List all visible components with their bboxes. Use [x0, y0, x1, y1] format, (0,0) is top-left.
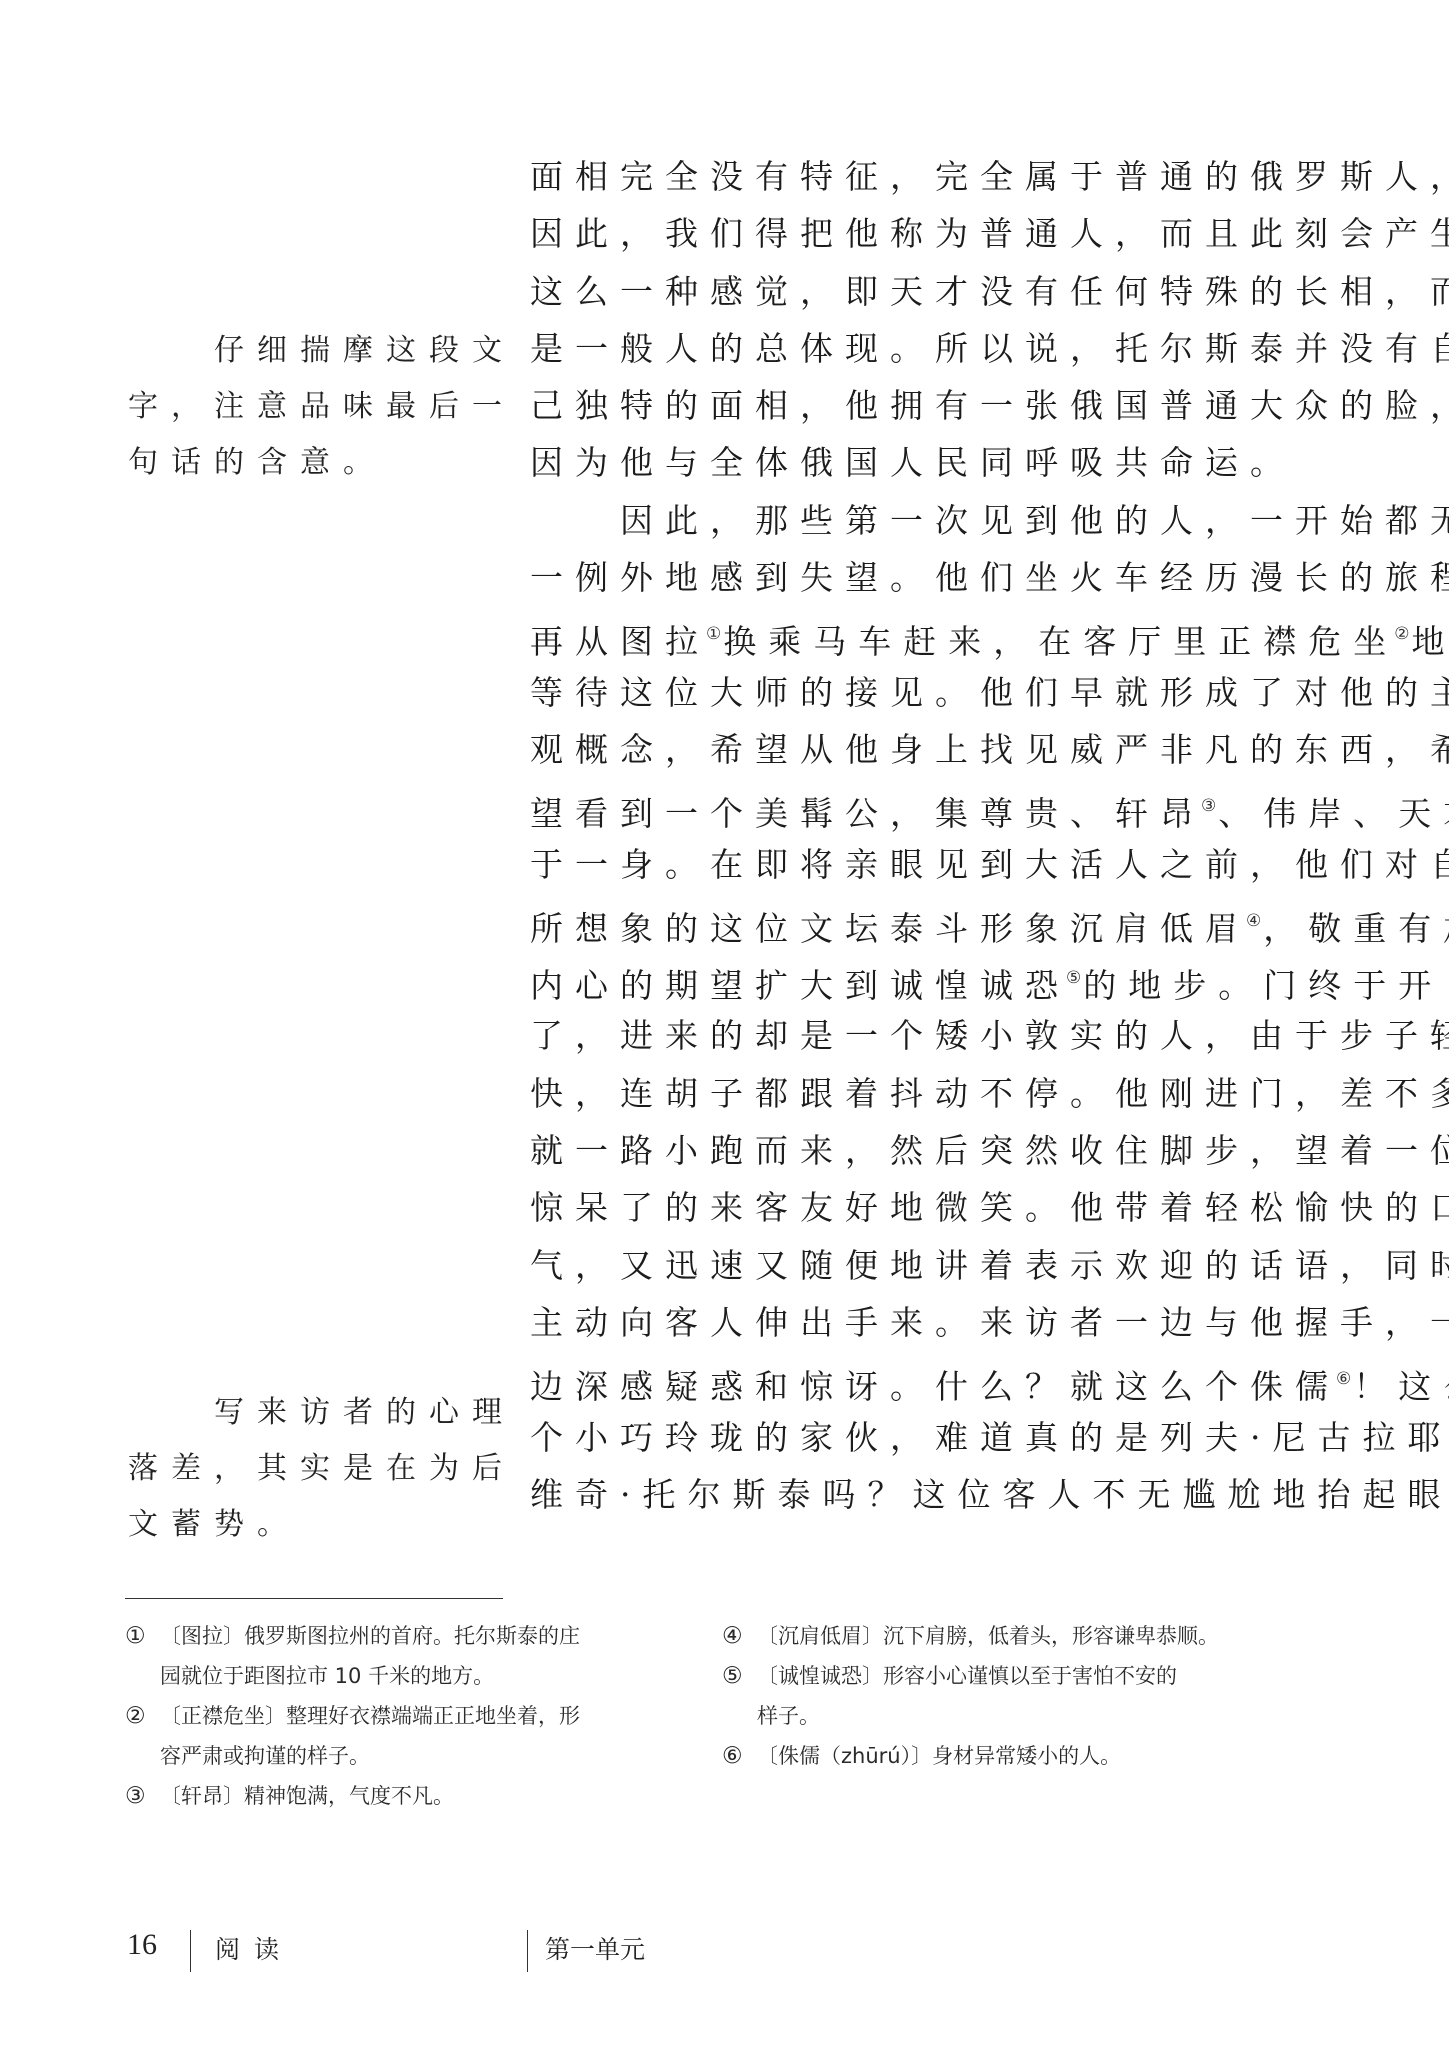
footnote-ref-3[interactable]: ③: [1201, 796, 1218, 816]
footnote-ref-4[interactable]: ④: [1246, 911, 1263, 931]
textbook-page: 仔细揣摩这段文 字，注意品味最后一 句话的含意。 写来访者的心理 落差，其实是在…: [0, 0, 1449, 2047]
margin-note-line: 落差，其实是在为后: [128, 1441, 438, 1497]
body-text-segment: 边深感疑惑和惊讶。什么？就这么个侏儒: [530, 1367, 1340, 1406]
footnote-text: 〔图拉〕俄罗斯图拉州的首府。托尔斯泰的庄: [160, 1616, 685, 1656]
body-line: 维奇·托尔斯泰吗？这位客人不无尴尬地抬起眼: [530, 1466, 1270, 1523]
footnote-text: 〔正襟危坐〕整理好衣襟端端正正地坐着，形: [160, 1696, 685, 1736]
body-text: 面相完全没有特征，完全属于普通的俄罗斯人， 因此，我们得把他称为普通人，而且此刻…: [530, 148, 1270, 1523]
footnote-text: 容严肃或拘谨的样子。: [160, 1736, 685, 1776]
margin-note-1: 仔细揣摩这段文 字，注意品味最后一 句话的含意。: [128, 323, 438, 491]
footnote-text: 园就位于距图拉市 10 千米的地方。: [160, 1656, 685, 1696]
body-line: 再从图拉①换乘马车赶来，在客厅里正襟危坐②地: [530, 606, 1270, 663]
footer-divider: [190, 1930, 191, 1972]
footnote-1: ① 〔图拉〕俄罗斯图拉州的首府。托尔斯泰的庄 园就位于距图拉市 10 千米的地方…: [125, 1616, 685, 1696]
footnote-2: ② 〔正襟危坐〕整理好衣襟端端正正地坐着，形 容严肃或拘谨的样子。: [125, 1696, 685, 1776]
body-text-segment: 再从图拉: [530, 622, 710, 661]
margin-note-line: 写来访者的心理: [128, 1385, 438, 1441]
body-text-segment: 地: [1412, 622, 1449, 661]
body-line: 这么一种感觉，即天才没有任何特殊的长相，而: [530, 263, 1270, 320]
body-line: 快，连胡子都跟着抖动不停。他刚进门，差不多: [530, 1065, 1270, 1122]
body-line: 内心的期望扩大到诚惶诚恐⑤的地步。门终于开: [530, 950, 1270, 1007]
footnote-number: ④: [722, 1616, 743, 1656]
body-text-segment: 换乘马车赶来，在客厅里正襟危坐: [723, 622, 1398, 661]
body-text-segment: 的地步。门终于开: [1083, 966, 1443, 1005]
footnote-3: ③ 〔轩昂〕精神饱满，气度不凡。: [125, 1776, 685, 1816]
footer-unit-label: 第一单元: [545, 1930, 645, 1966]
body-line: 面相完全没有特征，完全属于普通的俄罗斯人，: [530, 148, 1270, 205]
footer-section-label: 阅读: [215, 1930, 293, 1966]
body-line: 边深感疑惑和惊讶。什么？就这么个侏儒⑥！这么: [530, 1351, 1270, 1408]
footer-divider: [527, 1930, 528, 1972]
footnote-text: 样子。: [757, 1696, 1282, 1736]
body-text-segment: 望看到一个美髯公，集尊贵、轩昂: [530, 794, 1205, 833]
body-line: 惊呆了的来客友好地微笑。他带着轻松愉快的口: [530, 1179, 1270, 1236]
body-text-segment: ，敬重有加，: [1263, 909, 1449, 948]
footnote-number: ⑤: [722, 1656, 743, 1696]
body-line: 因此，我们得把他称为普通人，而且此刻会产生: [530, 205, 1270, 262]
paragraph-start-line: 因此，那些第一次见到他的人，一开始都无: [530, 492, 1270, 549]
footnote-text: 〔沉肩低眉〕沉下肩膀，低着头，形容谦卑恭顺。: [757, 1616, 1282, 1656]
margin-note-line: 文蓄势。: [128, 1497, 438, 1553]
body-line: 己独特的面相，他拥有一张俄国普通大众的脸，: [530, 377, 1270, 434]
footnote-divider: [125, 1598, 503, 1599]
footnote-ref-2[interactable]: ②: [1394, 624, 1411, 644]
footnote-number: ⑥: [722, 1736, 743, 1776]
body-line: 是一般人的总体现。所以说，托尔斯泰并没有自: [530, 320, 1270, 377]
footnote-ref-1[interactable]: ①: [706, 624, 723, 644]
footnote-number: ③: [125, 1776, 146, 1816]
body-text-segment: 内心的期望扩大到诚惶诚恐: [530, 966, 1070, 1005]
body-line: 一例外地感到失望。他们坐火车经历漫长的旅程，: [530, 549, 1270, 606]
footnotes-right-column: ④ 〔沉肩低眉〕沉下肩膀，低着头，形容谦卑恭顺。 ⑤ 〔诚惶诚恐〕形容小心谨慎以…: [722, 1616, 1282, 1776]
body-line: 望看到一个美髯公，集尊贵、轩昂③、伟岸、天才: [530, 778, 1270, 835]
body-line: 主动向客人伸出手来。来访者一边与他握手，一: [530, 1294, 1270, 1351]
body-line: 观概念，希望从他身上找见威严非凡的东西，希: [530, 721, 1270, 778]
margin-note-line: 仔细揣摩这段文: [128, 323, 438, 379]
margin-note-2: 写来访者的心理 落差，其实是在为后 文蓄势。: [128, 1385, 438, 1553]
body-line: 个小巧玲珑的家伙，难道真的是列夫·尼古拉耶: [530, 1409, 1270, 1466]
footnote-6: ⑥ 〔侏儒（zhūrú）〕身材异常矮小的人。: [722, 1736, 1282, 1776]
body-line: 所想象的这位文坛泰斗形象沉肩低眉④，敬重有加，: [530, 893, 1270, 950]
footnote-text: 〔侏儒（zhūrú）〕身材异常矮小的人。: [757, 1736, 1282, 1776]
footnote-ref-6[interactable]: ⑥: [1336, 1369, 1353, 1389]
body-line: 因为他与全体俄国人民同呼吸共命运。: [530, 434, 1270, 491]
footnote-number: ②: [125, 1696, 146, 1736]
footnote-text: 〔诚惶诚恐〕形容小心谨慎以至于害怕不安的: [757, 1656, 1282, 1696]
body-line: 气，又迅速又随便地讲着表示欢迎的话语，同时: [530, 1237, 1270, 1294]
body-text-segment: 、伟岸、天才: [1218, 794, 1449, 833]
body-line: 等待这位大师的接见。他们早就形成了对他的主: [530, 664, 1270, 721]
body-line: 就一路小跑而来，然后突然收住脚步，望着一位: [530, 1122, 1270, 1179]
body-text-segment: ！这么: [1353, 1367, 1449, 1406]
footnote-4: ④ 〔沉肩低眉〕沉下肩膀，低着头，形容谦卑恭顺。: [722, 1616, 1282, 1656]
footnotes-left-column: ① 〔图拉〕俄罗斯图拉州的首府。托尔斯泰的庄 园就位于距图拉市 10 千米的地方…: [125, 1616, 685, 1816]
body-line: 于一身。在即将亲眼见到大活人之前，他们对自己: [530, 836, 1270, 893]
margin-note-line: 字，注意品味最后一: [128, 379, 438, 435]
body-text-segment: 所想象的这位文坛泰斗形象沉肩低眉: [530, 909, 1250, 948]
page-number: 16: [127, 1928, 157, 1962]
footnote-number: ①: [125, 1616, 146, 1656]
body-line: 了，进来的却是一个矮小敦实的人，由于步子轻: [530, 1007, 1270, 1064]
footnote-text: 〔轩昂〕精神饱满，气度不凡。: [160, 1776, 685, 1816]
footnote-5: ⑤ 〔诚惶诚恐〕形容小心谨慎以至于害怕不安的 样子。: [722, 1656, 1282, 1736]
footnote-ref-5[interactable]: ⑤: [1066, 968, 1083, 988]
margin-note-line: 句话的含意。: [128, 435, 438, 491]
